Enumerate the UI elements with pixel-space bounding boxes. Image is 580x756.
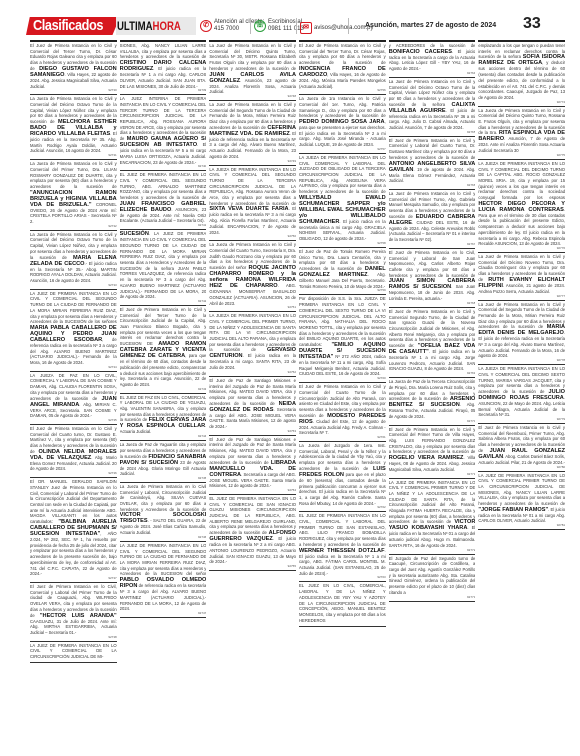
legal-notice: La Jueza de 1ra Instancia en lo Civil y … bbox=[299, 95, 386, 154]
legal-notice: El DR. MANUEL GERALDO SAIFILDIN STANLEY … bbox=[30, 478, 117, 583]
notice-text: El Juez de Primera Instancia en lo Civil… bbox=[389, 138, 476, 160]
legal-notice: La Juez de Primera Instancia en lo Civil… bbox=[389, 78, 476, 137]
notice-text: LA JUEZ DE PRIMERA INSTANCIA EN LO CIVIL… bbox=[120, 543, 207, 577]
legal-notice: La Juez de Primera Instancia en lo Civil… bbox=[389, 190, 476, 249]
legal-notice: LA JUEZA DE PAZ EN LO CIVIL, COMERCIAL Y… bbox=[30, 372, 117, 425]
legal-notice: EL JUEZ DE PAZ EN LO CIVIL, COMERCIAL Y … bbox=[120, 394, 207, 442]
legal-notice: LA JUEZA DE PRIMERA INSTANCIA EN LO CIVI… bbox=[209, 312, 296, 377]
notice-code: 92745 bbox=[120, 477, 207, 480]
column-5: y ACREEDORES de la sucesión de BONIFACIO… bbox=[389, 40, 476, 744]
legal-notice: El Juzgado de Paz del Segundo turno de C… bbox=[389, 555, 476, 602]
notice-code: 92744 bbox=[120, 435, 207, 438]
legal-notice: La Juez de Primera Instancia en lo Civil… bbox=[209, 40, 296, 101]
notice-text: EL JUEZ EN LO CIVIL, COMERCIAL, LABORAL … bbox=[299, 583, 386, 622]
legal-notice: La Jueza de Primera Instancia en lo Civi… bbox=[120, 483, 207, 542]
notice-code: 92758 bbox=[299, 242, 386, 245]
notice-code: 92759 bbox=[299, 289, 386, 292]
legal-notice: LA JUEZA DE PRIMERA INSTANCIA EN LO CIVI… bbox=[478, 365, 565, 424]
notice-code: 92760 bbox=[299, 377, 386, 380]
legal-notice: El Juez de Primera Instancia en lo Civil… bbox=[299, 383, 386, 442]
legal-notice: El Juez de Paz de Santiago Misiones e in… bbox=[209, 377, 296, 436]
legal-notice: El Juez de Primera Instancia en lo Civil… bbox=[30, 425, 117, 478]
mail-icon: ✉ bbox=[300, 22, 312, 34]
notice-code: 92763 bbox=[299, 576, 386, 579]
legal-notice: LA JUEZ DE PRIMERA INSTANCIA EN LO CIVIL… bbox=[30, 642, 117, 663]
legal-notice: La Juez de Primera Instancia en lo Civil… bbox=[209, 101, 296, 166]
publication-date: Asunción, martes 27 de agosto de 2024 bbox=[365, 22, 496, 29]
notice-code: 92741 bbox=[120, 224, 207, 227]
notice-code: 92766 bbox=[389, 184, 476, 187]
logo-part-b: HORA bbox=[153, 19, 181, 33]
legal-notice: EL JUEZ DE PRIMERA INSTANCIA EN LO CIVIL… bbox=[299, 512, 386, 582]
notice-code: 92735 bbox=[30, 419, 117, 422]
email-contact: ✉ avisos@uhora.com.py bbox=[300, 22, 373, 34]
notice-text: LA JUEZ DE PRIMERA INSTANCIA EN LO CIVIL… bbox=[389, 480, 476, 525]
legal-notice: LA JUEZA DE PRIMERA INSTANCIA EN LO CIVI… bbox=[209, 166, 296, 242]
legal-notice: La Jueza de Primera Instancia en lo Civi… bbox=[209, 241, 296, 312]
newspaper-logo: ULTIMAHORA bbox=[117, 19, 181, 33]
legal-notice: emplazando a los que tengan o puedan ten… bbox=[478, 40, 565, 107]
notice-text: El Juez de Primera Instancia en lo Civil… bbox=[389, 427, 476, 455]
divider bbox=[250, 18, 251, 34]
column-2: SIONES, Abg. NANCY LILIAN LARRE VILLALBA… bbox=[120, 40, 207, 744]
notice-code: 92781 bbox=[478, 524, 565, 527]
notice-text: LA JUEZ DE PRIMERA INSTANCIA EN LO CIVIL… bbox=[30, 643, 117, 659]
legal-notice: LA JUEZ DE PRIMERA INSTANCIA EN LO CIVIL… bbox=[389, 479, 476, 555]
notice-text: LA JUEZA DE PRIMERA INSTANCIA EN LO CIVI… bbox=[478, 161, 565, 200]
notice-code: 92765 bbox=[389, 131, 476, 134]
column-1: El Juez de Primera Instancia en lo Civil… bbox=[30, 40, 117, 744]
deceased-name: HECTOR DIEGO PECORA Y LUCIA RAMONA CONTR… bbox=[478, 201, 565, 213]
logo-part-a: ULTIMA bbox=[117, 19, 153, 33]
legal-notice: La Jueza de Primera Instancia en lo Civi… bbox=[30, 231, 117, 290]
legal-notice: La Jueza de Primera Instancia en lo Civi… bbox=[478, 107, 565, 160]
legal-notice: La Juez de Primera Instancia en lo Civil… bbox=[478, 253, 565, 301]
notice-text: CAAGUAZU, 31 de Julio de 2024. Ante mí: … bbox=[30, 619, 117, 635]
notice-text: , y deducir sus acciones dentro del térm… bbox=[478, 60, 565, 100]
legal-notice: LA JUEZA DE PRIMERA INSTANCIA EN LO CIVI… bbox=[478, 160, 565, 253]
column-3: La Juez de Primera Instancia en lo Civil… bbox=[209, 40, 296, 744]
notice-text: La Jueza de Primera Instancia en lo Civi… bbox=[30, 161, 117, 189]
notice-text: LA JUEZ DE PRIMERA INSTANCIA EN LO CIVIL… bbox=[478, 473, 565, 507]
notice-code: 92770 bbox=[389, 420, 476, 423]
phone-number: 415 7000 bbox=[214, 26, 239, 32]
legal-notice: y ACREEDORES de la sucesión de BONIFACIO… bbox=[389, 40, 476, 78]
legal-notice: LA JUEZA DE PRIMERA INSTANCIA EN LO CIVI… bbox=[299, 154, 386, 248]
notice-text: LA JUEZ INTERINA DE PRIMERA INSTANCIA EN… bbox=[120, 96, 207, 141]
notice-code: 92746 bbox=[120, 536, 207, 539]
deceased-name: MAURO GAUNA AGÜERO S/ SUCESION AB INTEST… bbox=[120, 136, 207, 148]
notice-code: 92747 bbox=[120, 612, 207, 615]
notice-text: . LA JUEZ DE PRIMERA INSTANCIA EN LO CIV… bbox=[120, 231, 207, 299]
whatsapp-number: 0981 111 013 bbox=[268, 26, 304, 32]
page-header: Clasificados ULTIMAHORA ✆ Atención al cl… bbox=[0, 0, 580, 36]
notice-code: 92756 bbox=[299, 89, 386, 92]
legal-notice: EL JUEZ DE PRIMERA INSTANCIA EN LO CIVIL… bbox=[209, 495, 296, 571]
column-6: emplazando a los que tengan o puedan ten… bbox=[478, 40, 565, 744]
legal-notice: La Jueza de Paz de la Tercera Circunscri… bbox=[389, 378, 476, 426]
legal-notice: LA JUEZ DE PRIMERA INSTANCIA EN LO CIVIL… bbox=[120, 542, 207, 618]
notice-code: 92732 bbox=[30, 225, 117, 228]
notice-code: 92757 bbox=[299, 148, 386, 151]
notice-code: 92754 bbox=[209, 489, 296, 492]
notice-text: El Juez de Primera Instancia en lo Civil… bbox=[299, 43, 386, 65]
page-number: 33 bbox=[523, 15, 541, 33]
notice-text: La Juez de Primera Instancia en lo Civil… bbox=[209, 43, 296, 71]
notice-code: 92776 bbox=[478, 247, 565, 250]
notice-text: , AÑO 2.024, Nº 282, SEC. Nº 1, ha resue… bbox=[30, 531, 117, 576]
notice-text: EL JUEZ DE PRIMERA INSTANCIA EN LO CIVIL… bbox=[120, 172, 207, 200]
notice-code: 92751 bbox=[209, 306, 296, 309]
notice-code: 92761 bbox=[299, 436, 386, 439]
notice-code: 92743 bbox=[120, 388, 207, 391]
notice-text: LA JUEZ DE PRIMERA INSTANCIA EN LO CIVIL… bbox=[30, 291, 117, 325]
legal-notice: La Juez de Primera Instancia en lo Civil… bbox=[478, 301, 565, 366]
notice-text: La Jueza de 1ra Instancia en lo Civil y … bbox=[299, 96, 386, 118]
notice-code: 92731 bbox=[30, 154, 117, 157]
legal-notice: LA JUEZ DE PRIMERA INSTANCIA EN LO CIVIL… bbox=[30, 290, 117, 372]
notice-code: 92736 bbox=[30, 472, 117, 475]
notice-code: 92762 bbox=[299, 506, 386, 509]
legal-notice: La Jueza de Paz de Yaguarón cita y empla… bbox=[120, 441, 207, 483]
notice-code: 92733 bbox=[30, 284, 117, 287]
notice-code: 92738 bbox=[30, 636, 117, 639]
notice-text: LA JUEZA DE PRIMERA INSTANCIA EN LO CIVI… bbox=[299, 155, 386, 194]
whatsapp-icon: ☏ bbox=[254, 20, 266, 32]
notice-code: 92780 bbox=[478, 466, 565, 469]
notice-text: SIONES, Abg. NANCY LILIAN LARRE VILLALBA… bbox=[120, 43, 207, 59]
notice-code: 92779 bbox=[478, 418, 565, 421]
legal-notice: La Jueza de Primera Instancia en lo Civi… bbox=[30, 95, 117, 160]
legal-notice: El Juez de Primera Instancia en lo Civil… bbox=[389, 137, 476, 190]
legal-notice: El Juez de Paz de Tomás Romero Pereira Ú… bbox=[299, 248, 386, 296]
notice-code: 92739 bbox=[120, 89, 207, 92]
legal-notice: El Juez de Primera Instancia en lo Civil… bbox=[299, 40, 386, 95]
divider bbox=[348, 18, 349, 34]
legal-notice: SIONES, Abg. NANCY LILIAN LARRE VILLALBA… bbox=[120, 40, 207, 95]
legal-notice: EL JUEZ DE PRIMERA INSTANCIA EN LO CIVIL… bbox=[120, 171, 207, 230]
legal-notice: La Jueza de Primera Instancia en lo Civi… bbox=[30, 160, 117, 231]
notice-code: 92778 bbox=[478, 359, 565, 362]
notice-code: 92734 bbox=[30, 366, 117, 369]
legal-notice: El Juez de Primera Instancia en lo Civil… bbox=[389, 249, 476, 308]
notice-code: 92750 bbox=[209, 235, 296, 238]
divider bbox=[296, 18, 297, 34]
notice-text: El Juez de Primera Instancia en lo Civil… bbox=[389, 250, 476, 278]
notice-code: 92775 bbox=[478, 154, 565, 157]
legal-notice: La Jueza del Juzgado de 1era. Inst. Come… bbox=[299, 442, 386, 512]
notice-code: 92777 bbox=[478, 295, 565, 298]
notice-text: El DR. MANUEL GERALDO SAIFILDIN STANLEY … bbox=[30, 479, 117, 524]
legal-notice: El Juez de Primera Instancia en lo Civil… bbox=[389, 426, 476, 479]
notice-text: . Ciudad del Este, 12 de agosto de 2024.… bbox=[299, 419, 386, 436]
notice-text: EL JUEZ DE PRIMERA INSTANCIA EN LO CIVIL… bbox=[299, 513, 386, 547]
legal-notice: Por disposición de S.S. la Sra. JUEZA DE… bbox=[299, 295, 386, 383]
notice-text: , para que en el término de 60 días, con… bbox=[120, 353, 207, 387]
legal-notice: El Juez de Primera Instancia en lo Civil… bbox=[389, 308, 476, 378]
legal-notice: SUCESIÓN. LA JUEZ DE PRIMERA INSTANCIA E… bbox=[120, 230, 207, 306]
notice-text: El Juzgado de Paz del Segundo turno de C… bbox=[389, 556, 476, 595]
legal-notice: El Juez de Paz de Santiago Misiones e in… bbox=[209, 436, 296, 495]
notice-code: 92755 bbox=[209, 565, 296, 568]
notice-code: 92769 bbox=[389, 372, 476, 375]
phone-icon: ✆ bbox=[200, 20, 212, 32]
notice-code: 92742 bbox=[120, 300, 207, 303]
notice-code: 92752 bbox=[209, 371, 296, 374]
notice-code: 92730 bbox=[30, 89, 117, 92]
section-title: Clasificados bbox=[33, 17, 103, 35]
legal-notice: El Juez de Primera Instancia en lo Civil… bbox=[120, 306, 207, 394]
notice-code: 92767 bbox=[389, 243, 476, 246]
notice-code: 92768 bbox=[389, 302, 476, 305]
notice-text: La Jueza de Primera Instancia en lo Civi… bbox=[120, 484, 207, 512]
notice-code: 92740 bbox=[120, 165, 207, 168]
notice-code: 92737 bbox=[30, 577, 117, 580]
notice-code: 92748 bbox=[209, 95, 296, 98]
notice-text: LA JUEZA DE PRIMERA INSTANCIA EN LO CIVI… bbox=[209, 167, 296, 206]
legal-notice: El Juez de Primera Instancia en lo Civil… bbox=[30, 583, 117, 642]
legal-notice: LA JUEZ INTERINA DE PRIMERA INSTANCIA EN… bbox=[120, 95, 207, 171]
notice-text: y ACREEDORES de la sucesión de bbox=[389, 43, 476, 48]
legal-notice: El Juez de Primera Instancia en lo Civil… bbox=[30, 40, 117, 95]
classifieds-columns: El Juez de Primera Instancia en lo Civil… bbox=[30, 40, 565, 744]
section-badge: Clasificados bbox=[26, 17, 120, 35]
notice-code: 92772 bbox=[389, 549, 476, 552]
notice-text: . Para que en el término de 30 días cont… bbox=[478, 207, 565, 247]
legal-notice: El Juez de Primera Instancia en lo Civil… bbox=[478, 424, 565, 472]
notice-code: 92749 bbox=[209, 160, 296, 163]
notice-text: para que en el plazo de 60 (sesenta) día… bbox=[299, 472, 386, 506]
notice-code: 92764 bbox=[389, 72, 476, 75]
notice-code: 92773 bbox=[389, 596, 476, 599]
notice-code: 92774 bbox=[478, 101, 565, 104]
column-4: El Juez de Primera Instancia en lo Civil… bbox=[299, 40, 386, 744]
legal-notice: EL JUEZ EN LO CIVIL, COMERCIAL, LABORAL … bbox=[299, 582, 386, 626]
notice-text: Por disposición de S.S. la Sra. JUEZA DE… bbox=[299, 296, 386, 347]
legal-notice: LA JUEZ DE PRIMERA INSTANCIA EN LO CIVIL… bbox=[478, 472, 565, 531]
notice-code: 92771 bbox=[389, 473, 476, 476]
notice-code: 92753 bbox=[209, 430, 296, 433]
